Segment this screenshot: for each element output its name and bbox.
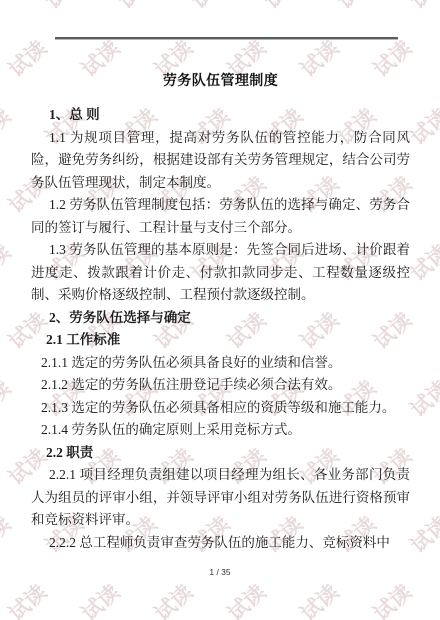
watermark-text: 试读 [220,577,271,620]
section-heading: 1、总 则 [31,104,410,127]
watermark-text: 试读 [0,237,17,287]
watermark-text: 试读 [0,509,17,559]
watermark-text: 试读 [38,0,89,15]
paragraph: 2.2.1 项目经理负责组建以项目经理为组长、各业务部门负责人为组员的评审小组，… [31,464,410,532]
page-top-border [55,37,398,40]
page-number: 1 / 35 [0,566,440,578]
list-item: 2.1.2 选定的劳务队伍注册登记手续必须合法有效。 [31,374,410,397]
watermark-text: 试读 [1,577,52,620]
watermark-text: 试读 [366,577,417,620]
paragraph: 1.2 劳务队伍管理制度包括：劳务队伍的选择与确定、劳务合同的签订与履行、工程计… [31,194,410,239]
watermark-text: 试读 [403,0,440,15]
watermark-text: 试读 [0,373,17,423]
list-item: 2.1.1 选定的劳务队伍必须具备良好的业绩和信誉。 [31,352,410,375]
section-subheading: 2.1 工作标准 [31,329,410,352]
paragraph: 1.3 劳务队伍管理的基本原则是：先签合同后进场、计价跟着进度走、拨款跟着计价走… [31,239,410,307]
list-item: 2.1.4 劳务队伍的确定原则上采用竞标方式。 [31,419,410,442]
document-body: 1、总 则1.1 为规项目管理，提高对劳务队伍的管控能力，防合同风险，避免劳务纠… [31,104,410,554]
paragraph: 2.2.2 总工程师负责审查劳务队伍的施工能力、竞标资料中 [31,532,410,555]
paragraph: 1.1 为规项目管理，提高对劳务队伍的管控能力，防合同风险，避免劳务纠纷，根据建… [31,127,410,195]
watermark-text: 试读 [0,0,17,15]
watermark-text: 试读 [111,0,162,15]
watermark-text: 试读 [257,0,308,15]
section-subheading: 2.2 职责 [31,442,410,465]
list-item: 2.1.3 选定的劳务队伍必须具备相应的资质等级和施工能力。 [31,397,410,420]
watermark-text: 试读 [147,577,198,620]
document-page: { "page": { "title": "劳务队伍管理制度", "footer… [0,0,440,620]
document-title: 劳务队伍管理制度 [31,71,410,93]
watermark-text: 试读 [0,101,17,151]
watermark-text: 试读 [293,577,344,620]
watermark-text: 试读 [330,0,381,15]
section-heading: 2、劳务队伍选择与确定 [31,307,410,330]
watermark-text: 试读 [184,0,235,15]
watermark-text: 试读 [74,577,125,620]
